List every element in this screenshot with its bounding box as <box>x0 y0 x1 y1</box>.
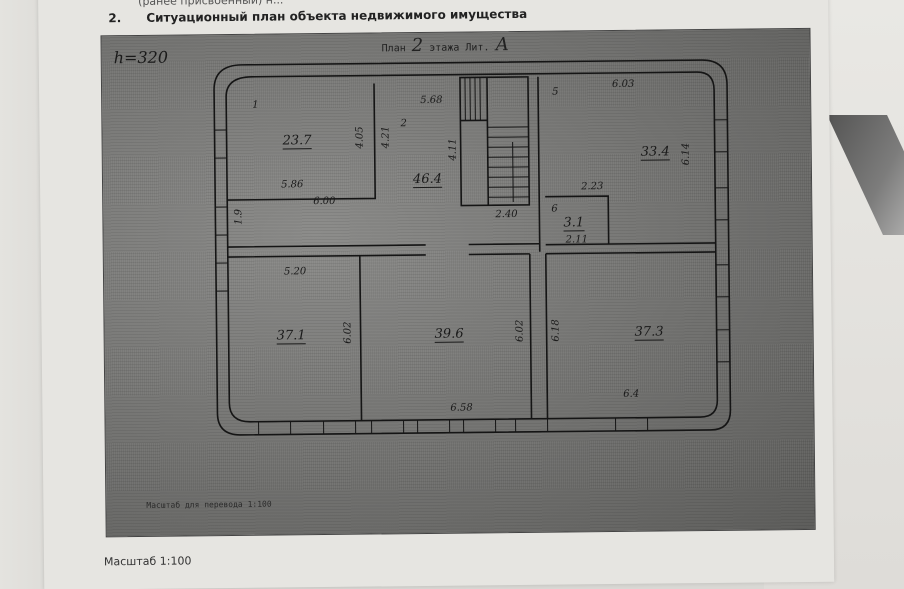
document-page: (ранее присвоенный) н... 2.Ситуационный … <box>38 0 834 589</box>
dim-room5-top: 6.03 <box>612 79 634 90</box>
dim-room2-top: 5.68 <box>420 95 442 106</box>
dim-room6-top: 2.23 <box>581 181 603 192</box>
room-6-area: 3.1 <box>563 216 584 231</box>
room-1-number: 1 <box>252 100 258 111</box>
dim-room7-bottom: 6.4 <box>623 389 639 400</box>
dim-room1-outer: 6.00 <box>313 196 335 207</box>
room-2-number: 2 <box>400 118 406 129</box>
room-1-area: 23.7 <box>283 134 312 149</box>
room-3-area: 39.6 <box>435 328 464 343</box>
dim-room4-top: 5.20 <box>284 266 306 277</box>
dim-room1-height: 4.05 <box>354 126 365 148</box>
room-7-area: 37.3 <box>635 325 664 340</box>
dim-room6-bottom: 2.11 <box>566 234 588 245</box>
section-heading: 2.Ситуационный план объекта недвижимого … <box>108 7 527 25</box>
dim-stair-bottom: 2.40 <box>495 209 517 220</box>
previous-line-text: (ранее присвоенный) н... <box>138 0 283 8</box>
section-number: 2. <box>108 11 146 25</box>
section-title: Ситуационный план объекта недвижимого им… <box>146 7 527 25</box>
dim-room4-side: 6.02 <box>342 321 353 343</box>
dim-corridor: 1.9 <box>233 209 244 225</box>
scale-label: Масштаб 1:100 <box>104 554 192 568</box>
room-2-area: 46.4 <box>413 173 442 188</box>
room-6-number: 6 <box>551 204 557 215</box>
plan-footer-stamp: Масштаб для перевода 1:100 <box>146 500 271 510</box>
dim-room5-side: 6.14 <box>681 143 692 165</box>
dim-room2-side: 4.21 <box>380 126 391 148</box>
dim-room7-side: 6.18 <box>550 319 561 341</box>
room-5-area: 33.4 <box>641 145 670 160</box>
room-4-area: 37.1 <box>277 329 306 344</box>
floor-plan-scan: План 2 этажа Лит. А h=320 <box>100 28 815 537</box>
dim-room3-bottom: 6.58 <box>450 402 472 413</box>
floor-plan-drawing <box>101 29 814 536</box>
room-5-number: 5 <box>552 87 558 98</box>
dim-room1-bottom: 5.86 <box>281 179 303 190</box>
dim-room3-side: 6.02 <box>514 320 525 342</box>
dim-room2-stair: 4.11 <box>448 138 459 160</box>
